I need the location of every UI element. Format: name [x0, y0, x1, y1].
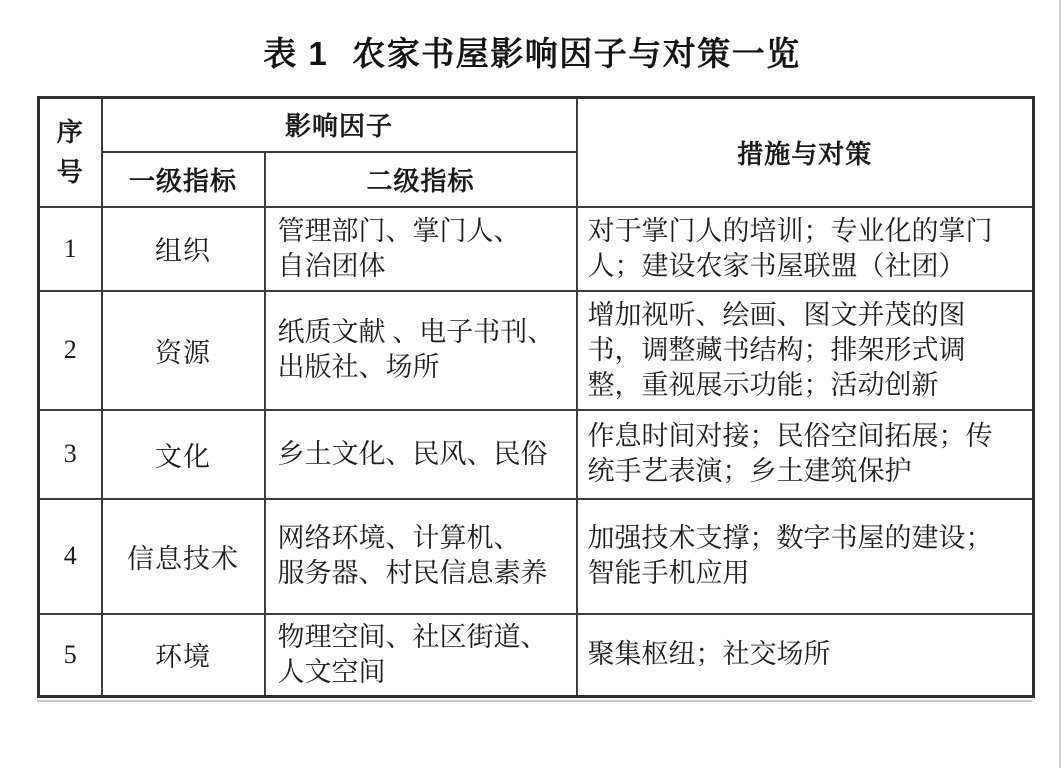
header-measures: 措施与对策: [577, 98, 1034, 207]
scan-edge-artifact: [1059, 0, 1061, 768]
level2-cell: 纸质文献 、电子书刊、 出版社、场所: [265, 291, 577, 410]
scan-bottom-ghost-line: [37, 700, 1032, 702]
level1-cell: 环境: [102, 614, 265, 697]
table-number-label: 表 1: [263, 35, 328, 72]
header-serial: 序号: [39, 98, 102, 207]
table-row: 5 环境 物理空间、社区街道、 人文空间 聚集枢纽；社交场所: [39, 614, 1034, 697]
level1-cell: 资源: [102, 291, 265, 410]
table-row: 2 资源 纸质文献 、电子书刊、 出版社、场所 增加视听、绘画、图文并茂的图 书…: [39, 291, 1034, 410]
level2-cell: 物理空间、社区街道、 人文空间: [265, 614, 577, 697]
header-factors-group: 影响因子: [102, 98, 577, 152]
level2-cell: 管理部门、掌门人、 自治团体: [265, 207, 577, 291]
serial-cell: 3: [39, 410, 102, 499]
table-row: 3 文化 乡土文化、民风、民俗 作息时间对接；民俗空间拓展；传 统手艺表演；乡土…: [39, 410, 1034, 499]
measures-cell: 对于掌门人的培训；专业化的掌门 人；建设农家书屋联盟（社团）: [577, 207, 1034, 291]
serial-cell: 1: [39, 207, 102, 291]
header-row-top: 序号 影响因子 措施与对策: [39, 98, 1034, 152]
serial-cell: 2: [39, 291, 102, 410]
serial-cell: 5: [39, 614, 102, 697]
level1-cell: 文化: [102, 410, 265, 499]
page-title: 表 1农家书屋影响因子与对策一览: [0, 28, 1064, 75]
table-row: 4 信息技术 网络环境、计算机、 服务器、村民信息素养 加强技术支撑；数字书屋的…: [39, 499, 1034, 614]
level2-cell: 网络环境、计算机、 服务器、村民信息素养: [265, 499, 577, 614]
level1-cell: 组织: [102, 207, 265, 291]
level1-cell: 信息技术: [102, 499, 265, 614]
measures-cell: 聚集枢纽；社交场所: [577, 614, 1034, 697]
serial-cell: 4: [39, 499, 102, 614]
influence-factors-table: 序号 影响因子 措施与对策 一级指标 二级指标 1 组织 管理部门、掌门人、 自…: [37, 96, 1035, 698]
header-serial-label: 序号: [55, 112, 85, 193]
header-level1: 一级指标: [102, 152, 265, 207]
measures-cell: 加强技术支撑；数字书屋的建设； 智能手机应用: [577, 499, 1034, 614]
measures-cell: 作息时间对接；民俗空间拓展；传 统手艺表演；乡土建筑保护: [577, 410, 1034, 499]
header-level2: 二级指标: [265, 152, 577, 207]
table-row: 1 组织 管理部门、掌门人、 自治团体 对于掌门人的培训；专业化的掌门 人；建设…: [39, 207, 1034, 291]
measures-cell: 增加视听、绘画、图文并茂的图 书，调整藏书结构；排架形式调 整，重视展示功能；活…: [577, 291, 1034, 410]
table-title-text: 农家书屋影响因子与对策一览: [352, 35, 801, 72]
level2-cell: 乡土文化、民风、民俗: [265, 410, 577, 499]
